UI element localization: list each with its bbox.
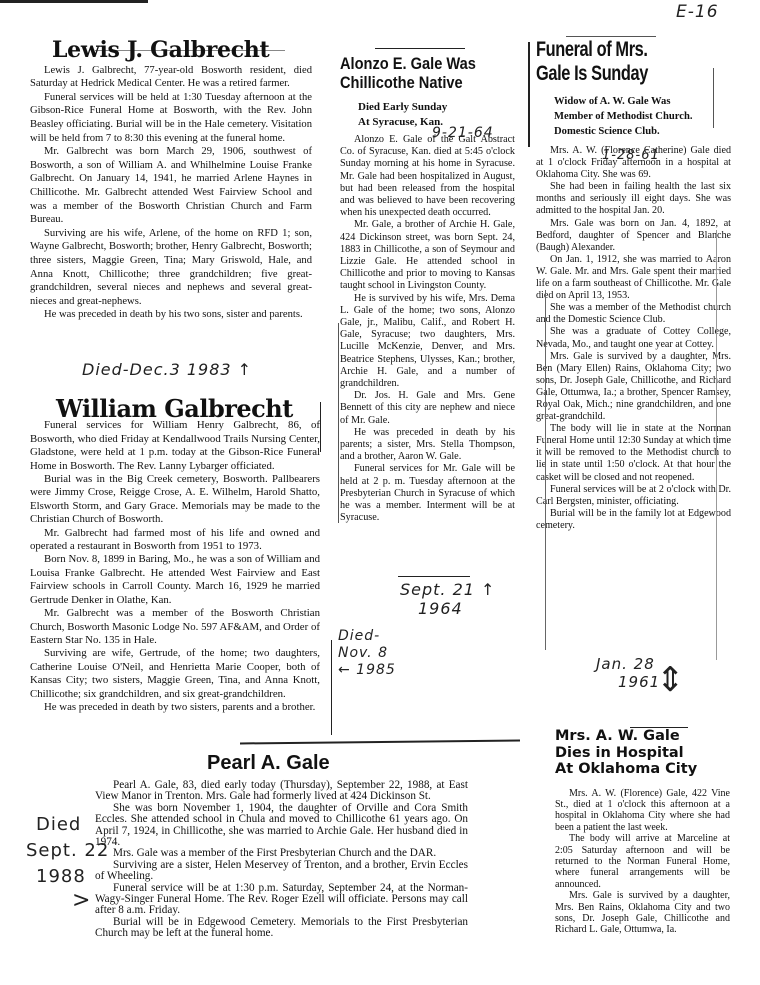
- note-line: 1964: [400, 599, 495, 618]
- paragraph: Mrs. A. W. (Florence) Gale, 422 Vine St.…: [555, 788, 730, 834]
- note-line: Sept. 21 ↑: [400, 580, 495, 599]
- arrow-icon: >: [72, 888, 91, 913]
- obituary-florence-gale-funeral: Funeral of Mrs. Gale Is Sunday Widow of …: [536, 38, 731, 532]
- note-line: ← 1985: [338, 662, 396, 679]
- obituary-william-galbrecht: William Galbrecht Funeral services for W…: [30, 402, 320, 714]
- paragraph: Lewis J. Galbrecht, 77-year-old Bosworth…: [30, 64, 312, 91]
- headline-line: Chillicothe Native: [340, 73, 491, 92]
- note-line: 1961: [596, 673, 660, 691]
- handwritten-date: 1-28-61: [602, 148, 660, 163]
- subheadline-line: Widow of A. W. Gale Was: [554, 94, 731, 109]
- note-line: Died: [26, 812, 109, 838]
- clipping-edge: [398, 576, 470, 577]
- clipping-edge: [545, 290, 546, 650]
- clipping-edge: [240, 740, 520, 745]
- scan-edge-bar: [0, 0, 148, 3]
- clipping-edge: [320, 402, 321, 452]
- headline-line: Funeral of Mrs.: [536, 38, 688, 62]
- obituary-florence-gale-death-notice: Mrs. A. W. Gale Dies in Hospital At Okla…: [555, 728, 730, 936]
- headline: William Galbrecht: [56, 402, 320, 415]
- obituary-pearl-gale: Pearl A. Gale Pearl A. Gale, 83, died ea…: [95, 752, 468, 940]
- paragraph: Surviving are wife, Gertrude, of the hom…: [30, 647, 320, 701]
- paragraph: She was a member of the Methodist church…: [536, 302, 731, 326]
- headline-line: At Oklahoma City: [555, 761, 730, 778]
- paragraph: Mrs. Gale was born on Jan. 4, 1892, at B…: [536, 218, 731, 254]
- paragraph: Burial will be in Edgewood Cemetery. Mem…: [95, 917, 468, 940]
- headline: Mrs. A. W. Gale Dies in Hospital At Okla…: [555, 728, 730, 778]
- paragraph: She was a graduate of Cottey College, Ne…: [536, 326, 731, 350]
- clipping-edge: [566, 36, 656, 37]
- paragraph: The body will arrive at Marceline at 2:0…: [555, 833, 730, 890]
- handwritten-death-date: Died-Dec.3 1983 ↑: [82, 360, 252, 379]
- arrow-icon: ⇕: [656, 660, 686, 700]
- paragraph: Born Nov. 8, 1899 in Baring, Mo., he was…: [30, 553, 320, 607]
- paragraph: Burial was in the Big Creek cemetery, Bo…: [30, 473, 320, 527]
- paragraph: He was preceded in death by two sisters,…: [30, 701, 320, 714]
- paragraph: Mr. Galbrecht was a member of the Boswor…: [30, 607, 320, 647]
- handwritten-death-date: Died- Nov. 8 ← 1985: [338, 628, 396, 679]
- subheadline-line: Died Early Sunday: [358, 100, 515, 115]
- page-mark: E-16: [676, 2, 719, 22]
- handwritten-death-date: Jan. 28 1961: [596, 655, 660, 691]
- subheadline: Widow of A. W. Gale Was Member of Method…: [554, 94, 731, 139]
- clipping-edge: [331, 640, 332, 735]
- handwritten-date: 9-21-64: [432, 125, 494, 141]
- headline-line: Mrs. A. W. Gale: [555, 728, 730, 745]
- paragraph: Surviving are his wife, Arlene, of the h…: [30, 227, 312, 309]
- note-line: Nov. 8: [338, 645, 396, 662]
- headline-line: Alonzo E. Gale Was: [340, 54, 491, 73]
- handwritten-death-date: Sept. 21 ↑ 1964: [400, 580, 495, 618]
- headline: Alonzo E. Gale Was Chillicothe Native: [340, 54, 491, 92]
- paragraph: On Jan. 1, 1912, she was married to Aaro…: [536, 254, 731, 302]
- paragraph: Mr. Galbrecht had farmed most of his lif…: [30, 527, 320, 554]
- paragraph: He was preceded in death by his two sons…: [30, 308, 312, 322]
- paragraph: Mrs. Gale is survived by a daughter, Mrs…: [555, 890, 730, 936]
- paragraph: Dr. Jos. H. Gale and Mrs. Gene Bennett o…: [340, 390, 515, 427]
- paragraph: Funeral services for William Henry Galbr…: [30, 419, 320, 473]
- paragraph: Mr. Galbrecht was born March 29, 1906, s…: [30, 145, 312, 227]
- clipping-edge: [338, 323, 339, 523]
- clipping-edge: [528, 42, 530, 147]
- note-line: 1988: [26, 864, 109, 890]
- note-line: Died-: [338, 628, 396, 645]
- paragraph: She had been in failing health the last …: [536, 181, 731, 217]
- paragraph: Burial will be in the family lot at Edge…: [536, 508, 731, 532]
- headline-line: Gale Is Sunday: [536, 62, 688, 86]
- headline: Funeral of Mrs. Gale Is Sunday: [536, 38, 688, 86]
- paragraph: Mr. Gale, a brother of Archie H. Gale, 4…: [340, 219, 515, 292]
- paragraph: Alonzo E. Gale of the Galt Abstract Co. …: [340, 134, 515, 219]
- handwritten-death-date: Died Sept. 22 1988: [26, 812, 109, 890]
- headline: Pearl A. Gale: [207, 752, 468, 774]
- paragraph: The body will lie in state at the Norman…: [536, 423, 731, 483]
- paragraph: She was born November 1, 1904, the daugh…: [95, 803, 468, 849]
- paragraph: Funeral services will be held at 1:30 Tu…: [30, 91, 312, 145]
- paragraph: Pearl A. Gale, 83, died early today (Thu…: [95, 780, 468, 803]
- paragraph: Surviving are a sister, Helen Meservey o…: [95, 860, 468, 883]
- note-line: Sept. 22: [26, 838, 109, 864]
- paragraph: Mrs. Gale is survived by a daughter, Mrs…: [536, 351, 731, 424]
- paragraph: He was preceded in death by his parents;…: [340, 427, 515, 464]
- paragraph: He is survived by his wife, Mrs. Dema L.…: [340, 293, 515, 391]
- paragraph: Funeral services will be at 2 o'clock wi…: [536, 484, 731, 508]
- paragraph: Funeral services for Mr. Gale will be he…: [340, 463, 515, 524]
- obituary-lewis-galbrecht: Lewis J. Galbrecht Lewis J. Galbrecht, 7…: [30, 40, 312, 322]
- obituary-alonzo-gale: Alonzo E. Gale Was Chillicothe Native Di…: [340, 48, 515, 525]
- clipping-edge: [716, 230, 717, 660]
- subheadline-line: Member of Methodist Church.: [554, 109, 731, 124]
- paragraph: Funeral service will be at 1:30 p.m. Sat…: [95, 883, 468, 917]
- headline: Lewis J. Galbrecht: [52, 44, 312, 58]
- headline-line: Dies in Hospital: [555, 745, 730, 762]
- subheadline-line: Domestic Science Club.: [554, 124, 731, 139]
- note-line: Jan. 28: [596, 655, 660, 673]
